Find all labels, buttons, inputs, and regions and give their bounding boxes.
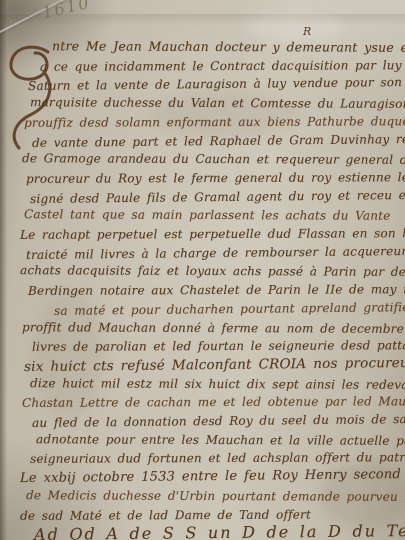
manuscript-line: dize huict mil estz mil six huict dix se…: [30, 374, 405, 394]
manuscript-line: six huict cts refusé Malconfant CROIA no…: [24, 354, 405, 377]
manuscript-line: Ad Od A de S S un D de la D du Tell: [34, 522, 405, 540]
manuscript-line: ntre Me Jean Mauchan docteur y demeurant…: [52, 37, 405, 57]
manuscript-line: Berdingen notaire aux Chastelet de Parin…: [28, 280, 405, 300]
manuscript-line: prouffiz desd solamn enformant aux biens…: [24, 112, 405, 132]
manuscript-line: Castel tant que sa main parlassent les a…: [24, 205, 405, 225]
manuscript-line: Le rachapt perpetuel est perpetuelle dud…: [20, 224, 405, 244]
manuscript-line: au fled de la donnation desd Roy du seel…: [32, 410, 405, 433]
manuscript-line: proffit dud Mauchan donné à ferme au nom…: [22, 318, 405, 338]
manuscript-photo: 1610 R ntre Me Jean Mauchan docteur y de…: [0, 0, 405, 540]
superscript-mark: R: [303, 25, 311, 38]
manuscript-line: marquisite duchesse du Valan et Comtesse…: [30, 93, 405, 113]
manuscript-line: sa maté et pour ducharhen pourtant aprel…: [54, 298, 405, 320]
manuscript-text-block: ntre Me Jean Mauchan docteur y demeurant…: [10, 38, 405, 540]
manuscript-line: achats dacquisits faiz et loyaux achs pa…: [20, 262, 405, 282]
manuscript-line: de Medicis duchesse d'Urbin pourtant dem…: [26, 486, 405, 506]
manuscript-line: procureur du Roy est le ferme general du…: [26, 168, 405, 188]
manuscript-line: adnotante pour entre les Mauchan et la v…: [36, 430, 405, 450]
manuscript-line: de Gramoge arandeau du Cauchan et requer…: [22, 149, 405, 169]
